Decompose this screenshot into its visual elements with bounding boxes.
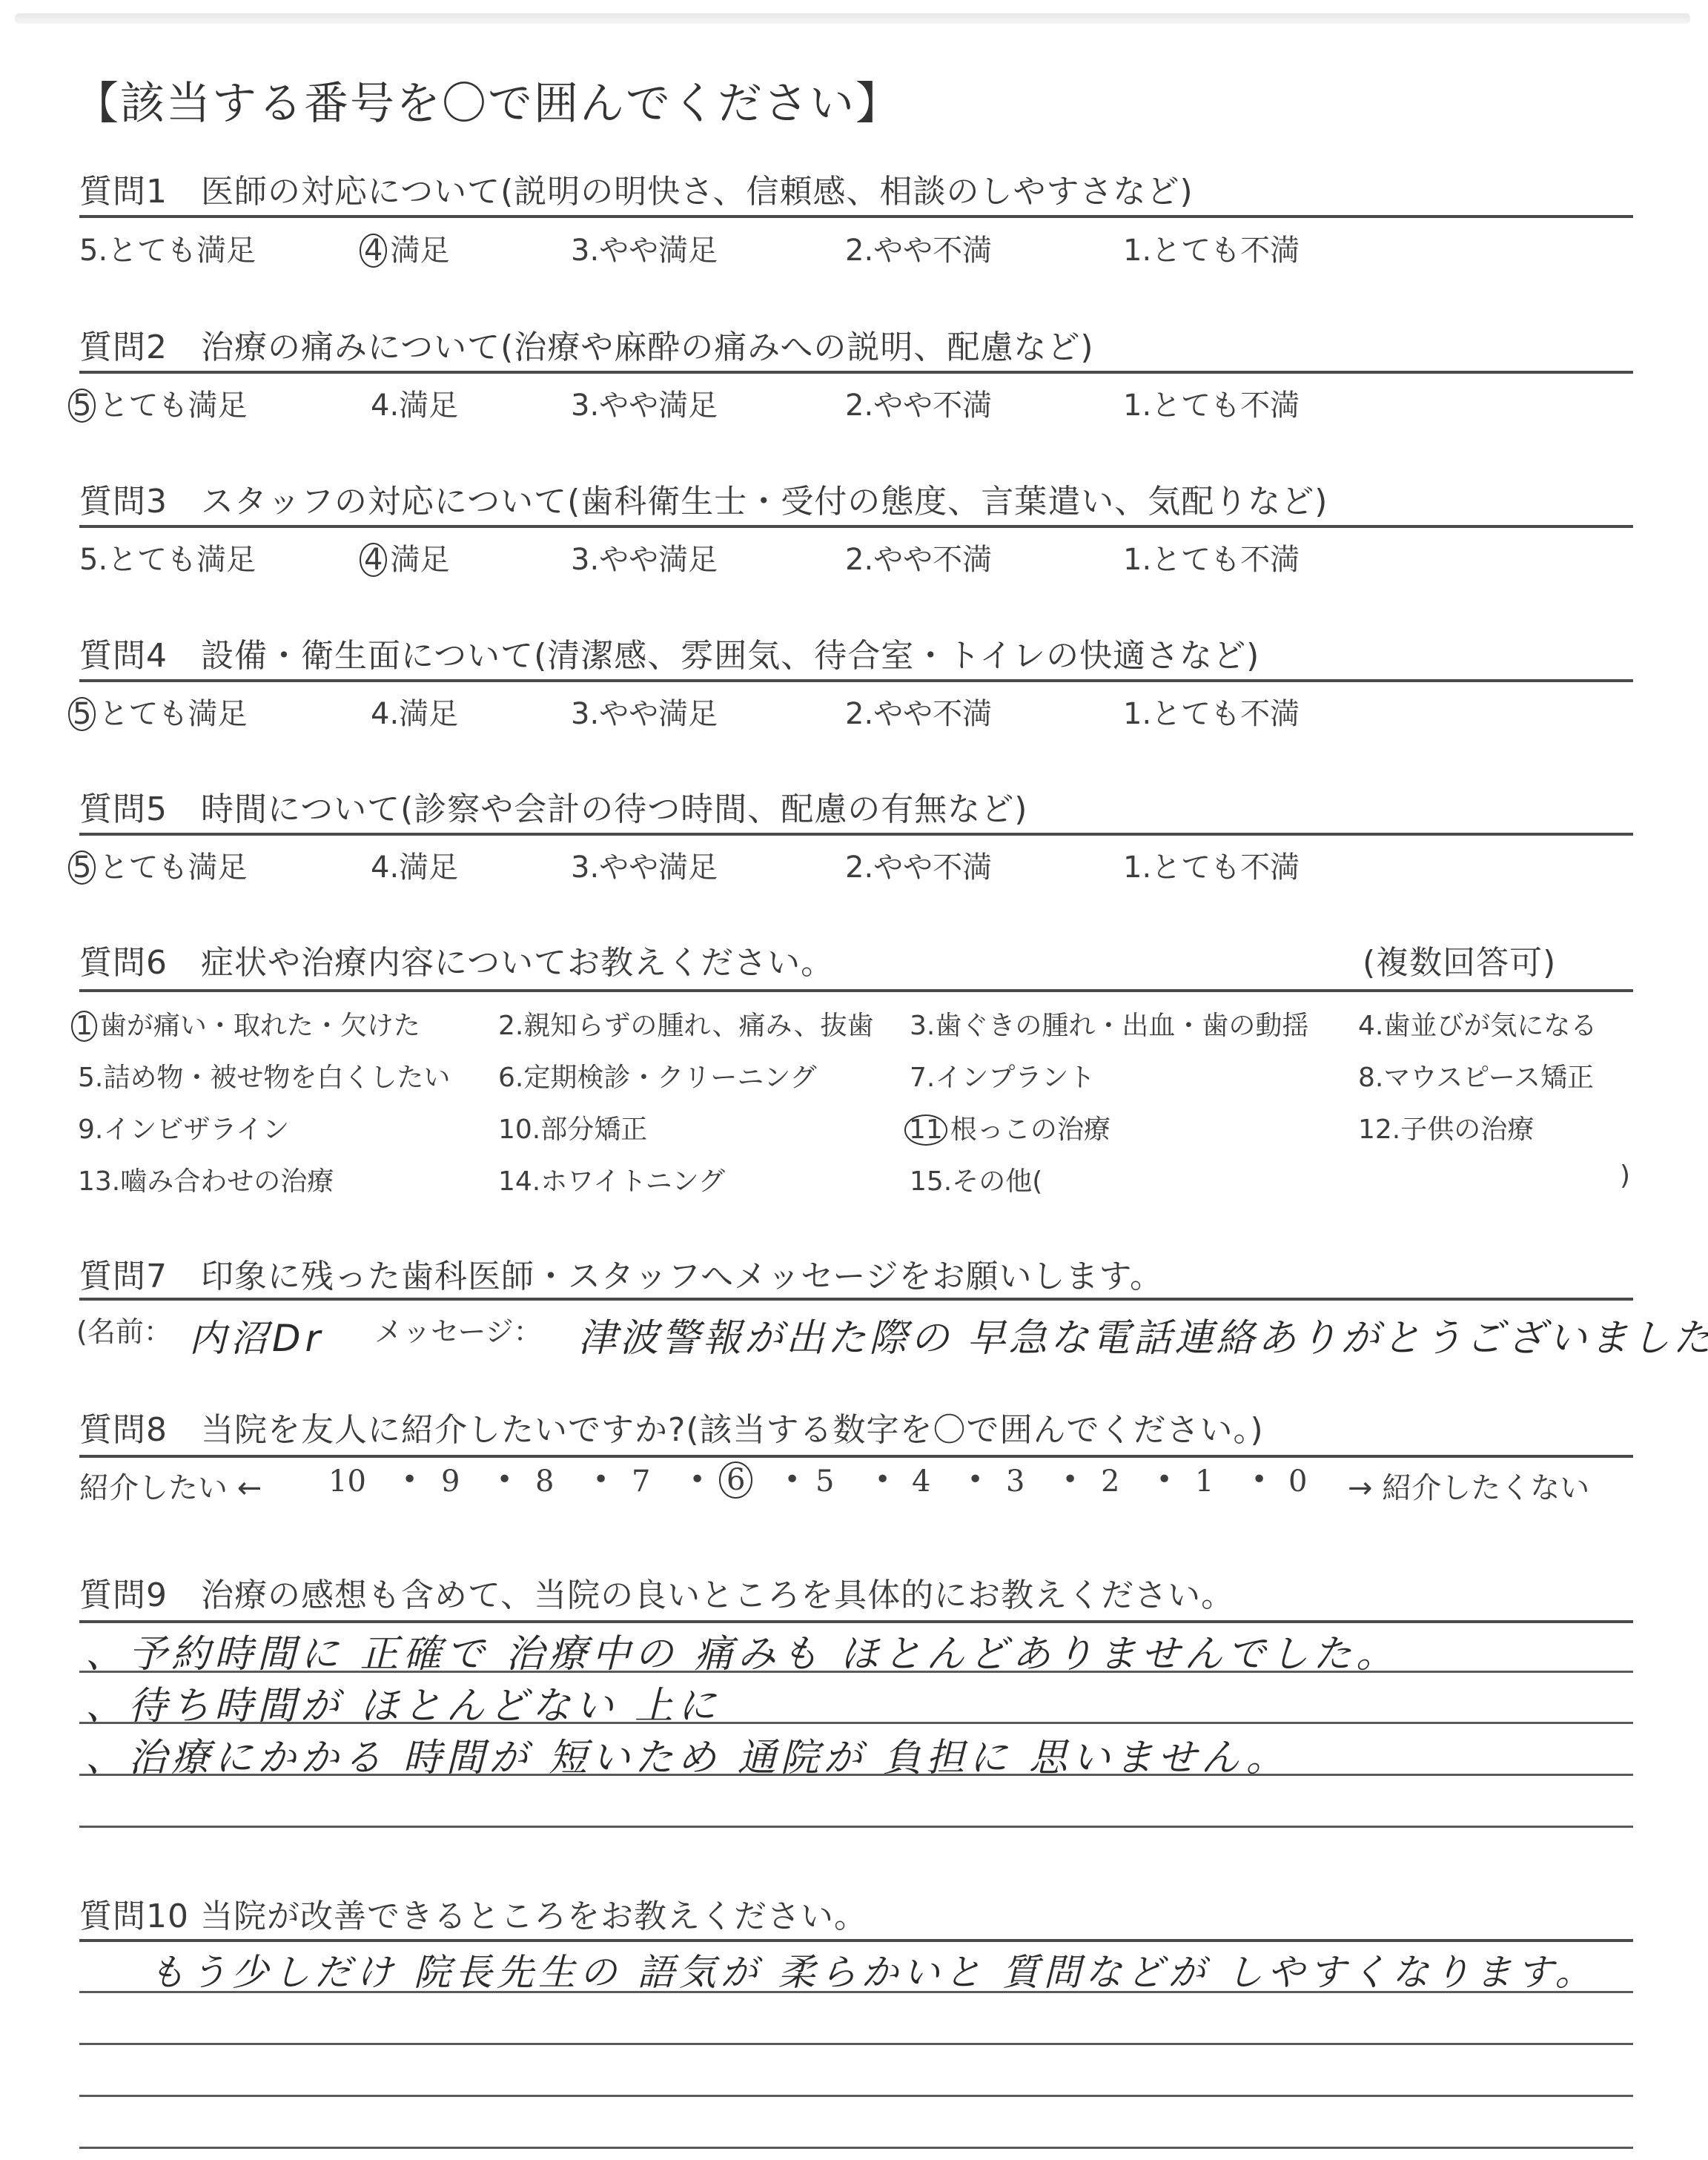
recommend-right-label: → 紹介したくない [1348,1464,1589,1507]
page-title: 【該当する番号を〇で囲んでください】 [74,68,901,132]
selected-circle: 1 [71,1011,97,1042]
q2-option-4[interactable]: 4.満足 [371,382,458,424]
q6-option-11-selected[interactable]: 11根っこの治療 [904,1109,1110,1146]
name-field[interactable]: 内沼Dr [189,1309,325,1362]
question-2-rule [79,371,1633,374]
scale-3[interactable]: 3 [1006,1464,1025,1499]
q6-option-3[interactable]: 3.歯ぐきの腫れ・出血・歯の動揺 [910,1005,1308,1043]
question-2-title: 質問2 治療の痛みについて(治療や麻酔の痛みへの説明、配慮など) [79,320,1094,368]
selected-circle: 5 [68,389,96,423]
q6-option-8[interactable]: 8.マウスピース矯正 [1358,1057,1594,1094]
q5-option-2[interactable]: 2.やや不満 [845,844,992,886]
q4-option-1[interactable]: 1.とても不満 [1123,690,1300,733]
q4-option-3[interactable]: 3.やや満足 [571,690,718,733]
name-label: (名前： [76,1309,172,1350]
selected-circle: 6 [719,1462,752,1499]
answer-line [79,1991,1633,1993]
scale-0[interactable]: 0 [1288,1464,1307,1499]
q1-option-1[interactable]: 1.とても不満 [1123,227,1300,269]
question-6-title: 質問6 症状や治療内容についてお教えください。 [79,936,834,983]
question-5-rule [79,833,1633,836]
scale-separator: • [402,1464,417,1495]
q6-option-6[interactable]: 6.定期検診・クリーニング [498,1057,817,1094]
q4-option-2[interactable]: 2.やや不満 [845,690,992,733]
selected-circle: 5 [68,851,96,885]
q6-option-9[interactable]: 9.インビザライン [78,1109,289,1146]
scale-separator: • [689,1464,705,1495]
q2-option-2[interactable]: 2.やや不満 [845,382,992,424]
question-7-title: 質問7 印象に残った歯科医師・スタッフへメッセージをお願いします。 [79,1249,1163,1297]
selected-circle: 4 [360,234,387,268]
scale-9[interactable]: 9 [441,1464,460,1499]
scale-separator: • [784,1464,800,1495]
answer-line [79,1774,1633,1776]
question-1-title: 質問1 医師の対応について(説明の明快さ、信頼感、相談のしやすさなど) [79,165,1194,212]
q6-option-1-selected[interactable]: 1歯が痛い・取れた・欠けた [71,1005,420,1043]
answer-line [79,1826,1633,1828]
answer-line [79,2095,1633,2097]
scale-separator: • [875,1464,890,1495]
selected-circle: 4 [360,543,387,577]
selected-circle: 5 [68,697,96,731]
scale-8[interactable]: 8 [535,1464,554,1499]
q9-answer-line-1[interactable]: 、予約時間に 正確で 治療中の 痛みも ほとんどありませんでした。 [85,1622,1399,1678]
question-10-title: 質問10 当院が改善できるところをお教えください。 [79,1889,867,1937]
q2-option-1[interactable]: 1.とても不満 [1123,382,1300,424]
answer-line [79,2043,1633,2045]
q3-option-4-selected[interactable]: 4満足 [360,536,449,578]
q3-option-3[interactable]: 3.やや満足 [571,536,718,578]
q2-option-3[interactable]: 3.やや満足 [571,382,718,424]
q3-option-5[interactable]: 5.とても満足 [79,536,256,578]
answer-line [79,2147,1633,2149]
question-4-rule [79,679,1633,682]
scale-separator: • [1251,1464,1267,1495]
scale-separator: • [1062,1464,1078,1495]
scale-6-selected[interactable]: 6 [719,1462,755,1499]
q3-option-2[interactable]: 2.やや不満 [845,536,992,578]
answer-line [79,1671,1633,1673]
q1-option-3[interactable]: 3.やや満足 [571,227,718,269]
selected-circle: 11 [904,1114,947,1146]
q1-option-2[interactable]: 2.やや不満 [845,227,992,269]
scale-10[interactable]: 10 [328,1464,366,1499]
q6-option-13[interactable]: 13.嚙み合わせの治療 [78,1160,334,1198]
q5-option-3[interactable]: 3.やや満足 [571,844,718,886]
question-8-title: 質問8 当院を友人に紹介したいですか?(該当する数字を〇で囲んでください。) [79,1403,1264,1450]
message-label: メッセージ： [374,1309,542,1350]
q6-option-7[interactable]: 7.インプラント [910,1057,1095,1094]
question-3-title: 質問3 スタッフの対応について(歯科衛生士・受付の態度、言葉遣い、気配りなど) [79,475,1328,522]
question-5-title: 質問5 時間について(診察や会計の待つ時間、配慮の有無など) [79,782,1027,830]
multiple-answers-note: (複数回答可) [1363,936,1556,983]
q6-option-12[interactable]: 12.子供の治療 [1358,1109,1534,1146]
q1-option-4-selected[interactable]: 4満足 [360,227,449,269]
q6-option-15-other[interactable]: 15.その他( [910,1160,1042,1198]
scale-2[interactable]: 2 [1101,1464,1119,1499]
question-1-rule [79,215,1633,218]
scale-separator: • [593,1464,609,1495]
q5-option-4[interactable]: 4.満足 [371,844,458,886]
question-7-rule [79,1298,1633,1301]
scale-1[interactable]: 1 [1195,1464,1214,1499]
q6-option-4[interactable]: 4.歯並びが気になる [1358,1005,1597,1043]
q6-option-5[interactable]: 5.詰め物・被せ物を白くしたい [78,1057,450,1094]
q6-option-2[interactable]: 2.親知らずの腫れ、痛み、抜歯 [498,1005,874,1043]
q2-option-5-selected[interactable]: 5とても満足 [68,382,247,424]
answer-line [79,1722,1633,1724]
q3-option-1[interactable]: 1.とても不満 [1123,536,1300,578]
message-field[interactable]: 津波警報が出た際の 早急な電話連絡ありがとうございました。 [578,1307,1708,1362]
other-close-paren: ) [1620,1160,1630,1191]
scale-separator: • [1156,1464,1172,1495]
question-9-title: 質問9 治療の感想も含めて、当院の良いところを具体的にお教えください。 [79,1568,1234,1616]
q6-option-10[interactable]: 10.部分矯正 [498,1109,647,1146]
q5-option-5-selected[interactable]: 5とても満足 [68,844,247,886]
question-6-rule [79,989,1633,992]
scale-separator: • [967,1464,983,1495]
scan-edge [15,13,1690,24]
q1-option-5[interactable]: 5.とても満足 [79,227,256,269]
recommend-left-label: 紹介したい ← [79,1464,262,1507]
q4-option-5-selected[interactable]: 5とても満足 [68,690,247,733]
scale-4[interactable]: 4 [912,1464,930,1499]
question-4-title: 質問4 設備・衛生面について(清潔感、雰囲気、待合室・トイレの快適さなど) [79,629,1260,676]
scale-7[interactable]: 7 [632,1464,650,1499]
q6-option-14[interactable]: 14.ホワイトニング [498,1160,725,1198]
scale-separator: • [497,1464,512,1495]
question-10-rule [79,1939,1633,1942]
question-8-rule [79,1455,1633,1458]
q4-option-4[interactable]: 4.満足 [371,690,458,733]
q5-option-1[interactable]: 1.とても不満 [1123,844,1300,886]
scale-5[interactable]: 5 [815,1464,834,1499]
question-3-rule [79,525,1633,528]
q10-answer-line-1[interactable]: もう少しだけ 院長先生の 語気が 柔らかいと 質問などが しやすくなります。 [148,1943,1596,1996]
